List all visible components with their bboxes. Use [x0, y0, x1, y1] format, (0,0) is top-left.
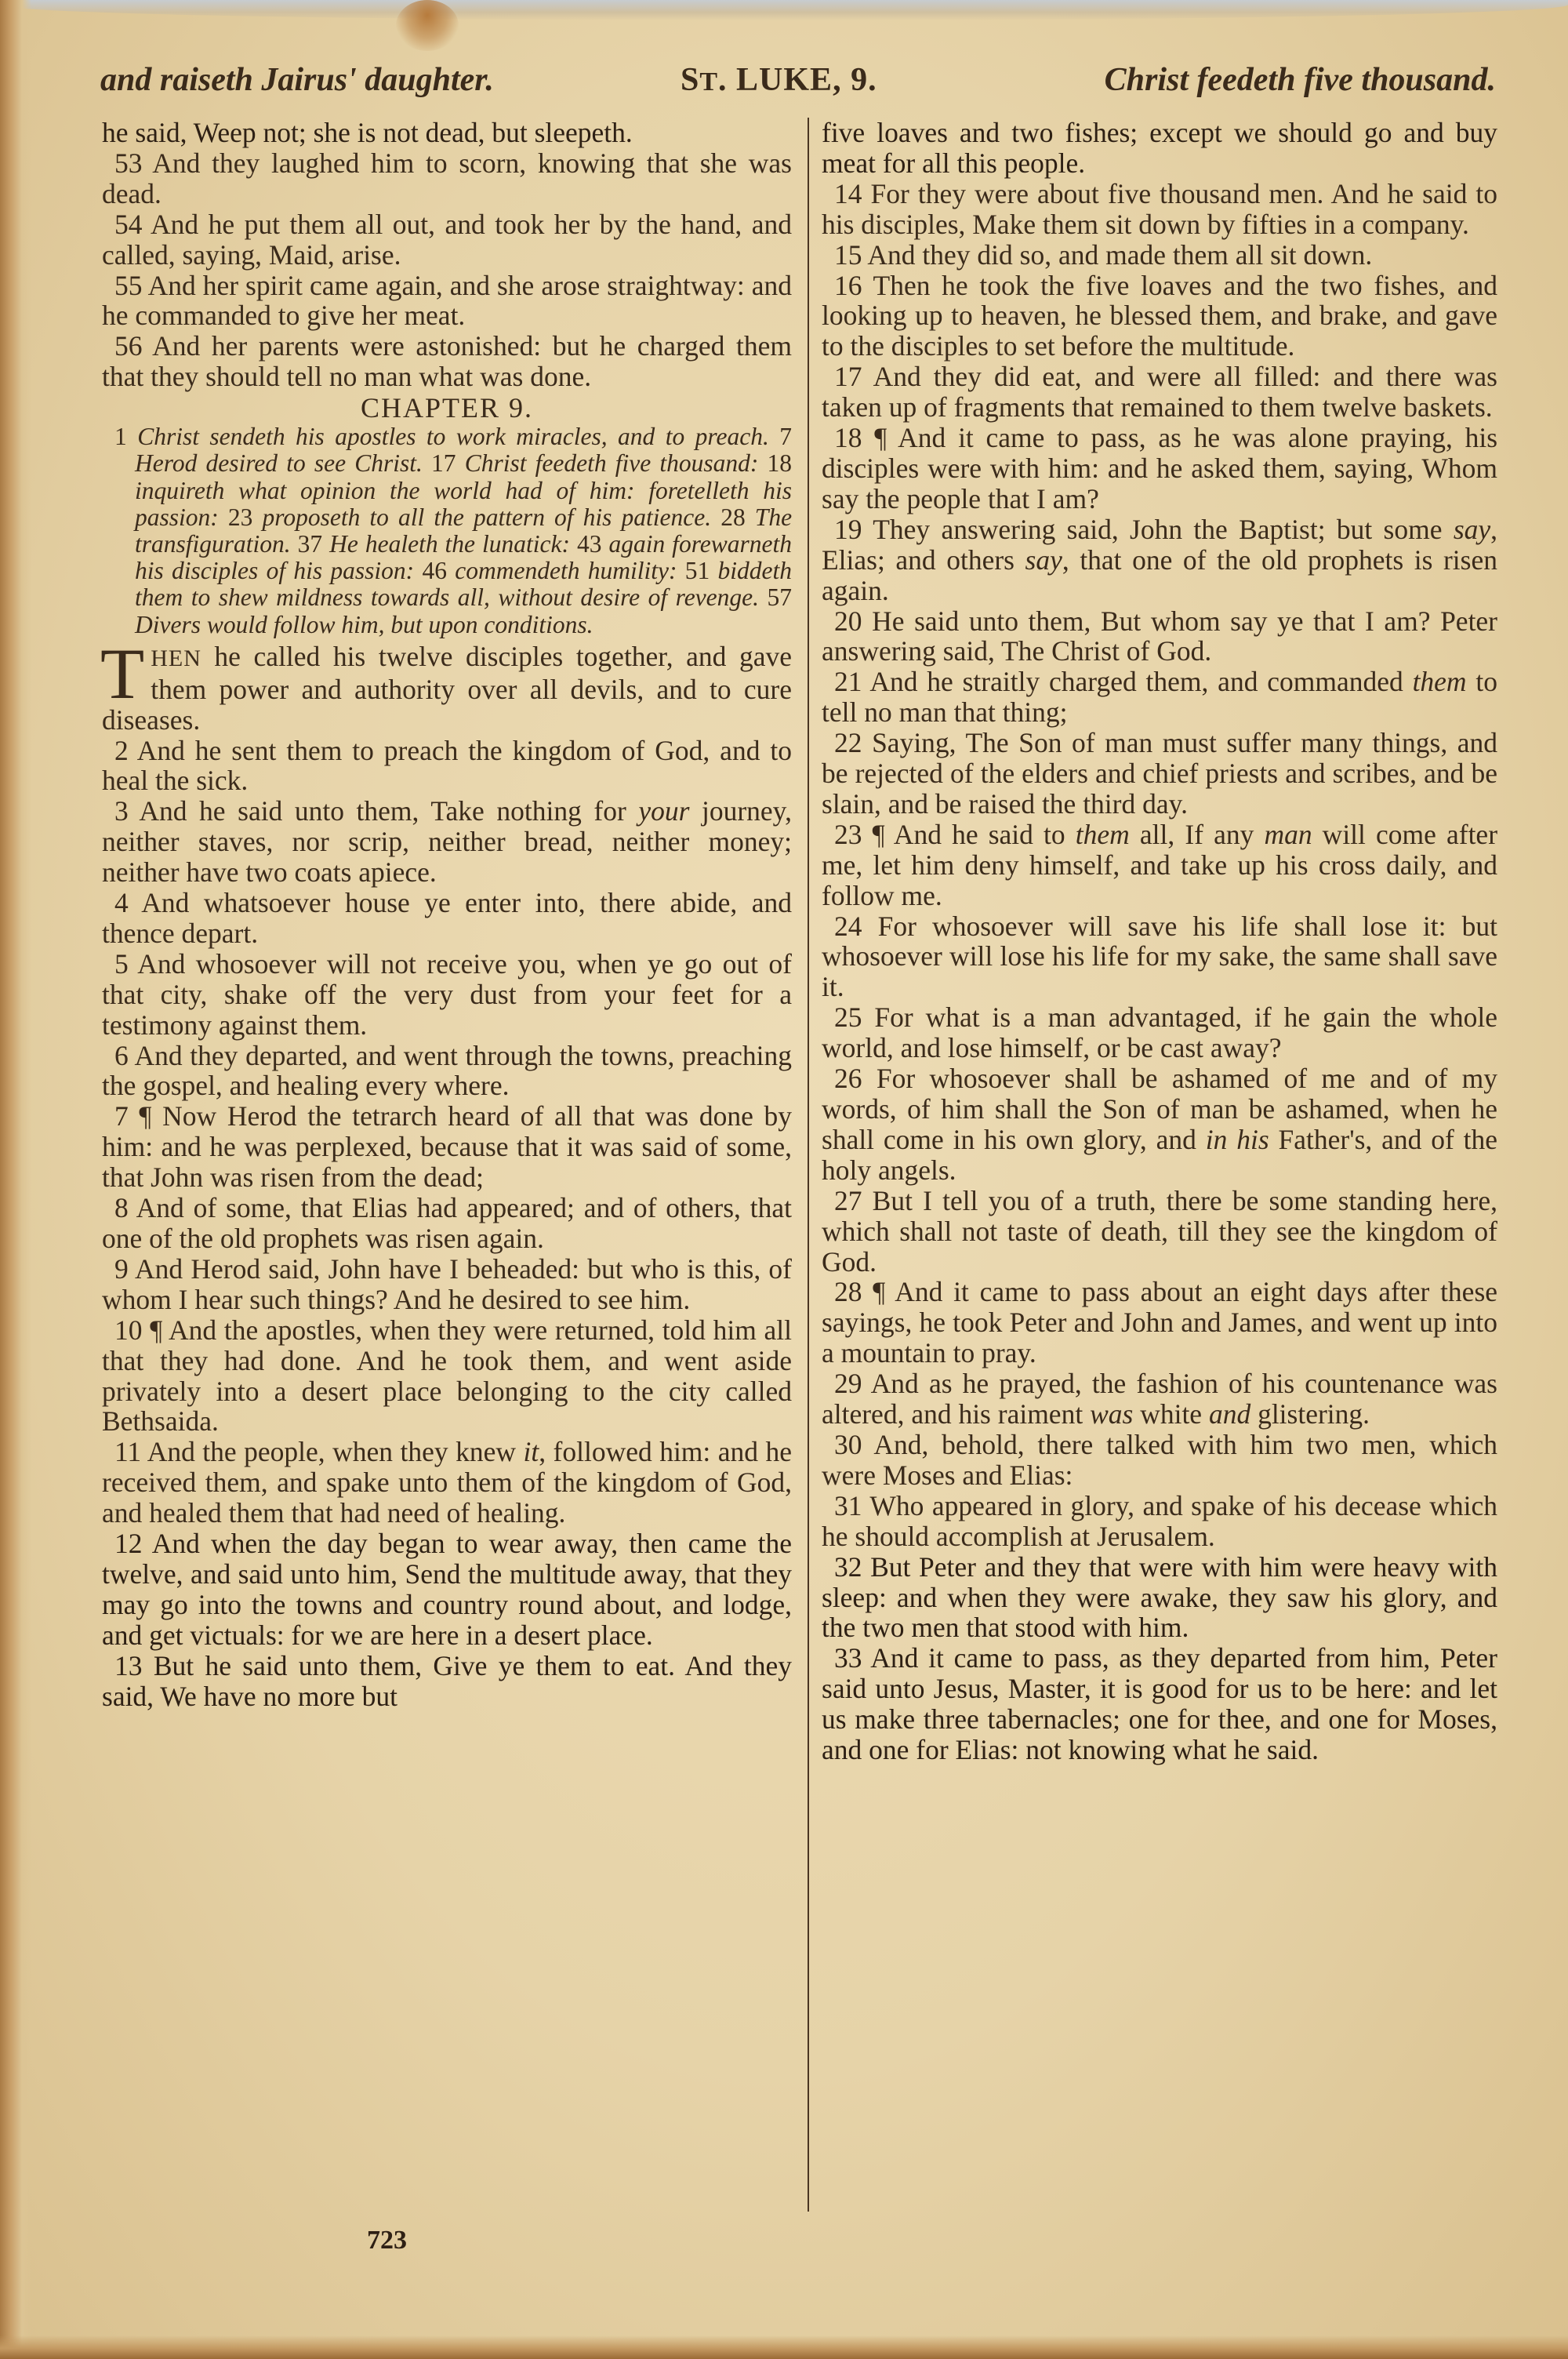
verse-number: 26: [834, 1063, 862, 1094]
pilcrow-icon: ¶: [873, 1276, 885, 1307]
verse-number: 9: [114, 1253, 129, 1285]
verse-number: 20: [834, 605, 862, 637]
running-head-center: ST. LUKE, 9.: [681, 61, 877, 99]
verse-number: 18: [834, 422, 862, 453]
running-head-right: Christ feedeth five thousand.: [1105, 61, 1496, 99]
verse-text: And Herod said, John have I beheaded: bu…: [102, 1253, 792, 1315]
left-column: he said, Weep not; she is not dead, but …: [102, 118, 792, 1712]
verse-number: 33: [834, 1642, 862, 1674]
verse-number: 7: [114, 1100, 129, 1132]
verse-24: 24 For whosoever will save his life shal…: [822, 911, 1497, 1003]
verse-19: 19 They answering said, John the Baptist…: [822, 514, 1497, 606]
page-number: 723: [367, 2226, 407, 2255]
verse-number: 32: [834, 1551, 862, 1583]
verse-12: 12 And when the day began to wear away, …: [102, 1528, 792, 1651]
verse-26: 26 For whosoever shall be ashamed of me …: [822, 1063, 1497, 1186]
pilcrow-icon: ¶: [139, 1100, 151, 1132]
running-head-left: and raiseth Jairus' daughter.: [100, 61, 494, 99]
verse-53: 53 And they laughed him to scorn, knowin…: [102, 148, 792, 209]
page-top-edge: [0, 0, 1568, 20]
verse-number: 22: [834, 727, 862, 758]
verse-text: Saying, The Son of man must suffer many …: [822, 727, 1497, 820]
verse-number: 56: [114, 330, 143, 362]
page-bottom-edge: [0, 2335, 1568, 2359]
verse-number: 14: [834, 178, 862, 209]
summary-ref: 23: [228, 503, 253, 531]
verse-8: 8 And of some, that Elias had appeared; …: [102, 1193, 792, 1254]
verse-text: But he said unto them, Give ye them to e…: [102, 1650, 792, 1712]
supplied-word: your: [638, 795, 689, 827]
verse-27: 27 But I tell you of a truth, there be s…: [822, 1186, 1497, 1278]
supplied-word: say: [1454, 514, 1490, 545]
verse-text: But Peter and they that were with him we…: [822, 1551, 1497, 1644]
summary-ref: 46: [422, 557, 447, 584]
verse-number: 23: [834, 819, 862, 850]
book-title-smallcaps: T: [699, 67, 718, 96]
verse-text: For what is a man advantaged, if he gain…: [822, 1001, 1497, 1063]
verse-text: And her parents were astonished: but he …: [102, 330, 792, 392]
verse-text: And they did eat, and were all filled: a…: [822, 361, 1497, 423]
verse-continuation: he said, Weep not; she is not dead, but …: [102, 118, 792, 148]
summary-ref: 7: [779, 423, 792, 450]
verse-text: Then he took the five loaves and the two…: [822, 270, 1497, 362]
summary-text: He healeth the lunatick:: [329, 530, 570, 558]
verse-text: all, If any: [1130, 819, 1265, 850]
verse-10: 10 ¶ And the apostles, when they were re…: [102, 1315, 792, 1438]
summary-text: Christ feedeth five thousand:: [465, 449, 759, 477]
verse-text: And the people, when they knew: [147, 1436, 524, 1467]
verse-54: 54 And he put them all out, and took her…: [102, 209, 792, 271]
verse-text: And the apostles, when they were returne…: [102, 1314, 792, 1438]
verse-25: 25 For what is a man advantaged, if he g…: [822, 1002, 1497, 1063]
verse-text: And whatsoever house ye enter into, ther…: [102, 887, 792, 949]
verse-number: 16: [834, 270, 862, 301]
verse-15: 15 And they did so, and made them all si…: [822, 240, 1497, 271]
verse-text: And it came to pass about an eight days …: [822, 1276, 1497, 1369]
verse-number: 4: [114, 887, 129, 918]
verse-text: But I tell you of a truth, there be some…: [822, 1185, 1497, 1278]
verse-text: They answering said, John the Baptist; b…: [873, 514, 1454, 545]
verse-text: For they were about five thousand men. A…: [822, 178, 1497, 240]
right-column: five loaves and two fishes; except we sh…: [822, 118, 1497, 1765]
verse-4: 4 And whatsoever house ye enter into, th…: [102, 888, 792, 949]
verse-32: 32 But Peter and they that were with him…: [822, 1552, 1497, 1644]
verse-55: 55 And her spirit came again, and she ar…: [102, 271, 792, 332]
verse-23: 23 ¶ And he said to them all, If any man…: [822, 820, 1497, 911]
summary-ref: 1: [114, 423, 127, 450]
summary-ref: 57: [768, 583, 793, 611]
verse-text: And whosoever will not receive you, when…: [102, 948, 792, 1041]
running-head: and raiseth Jairus' daughter. ST. LUKE, …: [100, 61, 1496, 108]
verse-20: 20 He said unto them, But whom say ye th…: [822, 606, 1497, 667]
verse-3: 3 And he said unto them, Take nothing fo…: [102, 796, 792, 888]
pilcrow-icon: ¶: [150, 1314, 162, 1346]
verse-text: And, behold, there talked with him two m…: [822, 1429, 1497, 1491]
verse-22: 22 Saying, The Son of man must suffer ma…: [822, 728, 1497, 820]
verse-number: 30: [834, 1429, 862, 1460]
summary-ref: 37: [298, 530, 323, 558]
verse-number: 21: [834, 666, 862, 697]
verse-text: For whosoever will save his life shall l…: [822, 911, 1497, 1003]
book-page: and raiseth Jairus' daughter. ST. LUKE, …: [0, 0, 1568, 2359]
supplied-word: them: [1076, 819, 1130, 850]
verse-text: And it came to pass, as they departed fr…: [822, 1642, 1497, 1765]
supplied-word: man: [1264, 819, 1312, 850]
verse-text: And he said unto them, Take nothing for: [139, 795, 638, 827]
verse-text: glistering.: [1250, 1398, 1370, 1430]
verse-5: 5 And whosoever will not receive you, wh…: [102, 949, 792, 1041]
verse-number: 31: [834, 1490, 862, 1521]
verse-number: 27: [834, 1185, 862, 1216]
verse-30: 30 And, behold, there talked with him tw…: [822, 1430, 1497, 1491]
verse-29: 29 And as he prayed, the fashion of his …: [822, 1369, 1497, 1430]
drop-cap: T: [100, 645, 144, 703]
verse-text: white: [1133, 1398, 1209, 1430]
verse-21: 21 And he straitly charged them, and com…: [822, 667, 1497, 728]
verse-2: 2 And he sent them to preach the kingdom…: [102, 736, 792, 797]
verse-text: And he straitly charged them, and comman…: [869, 666, 1412, 697]
verse-number: 55: [114, 270, 143, 301]
book-title-initial: S: [681, 62, 699, 98]
verse-number: 25: [834, 1001, 862, 1033]
summary-ref: 28: [720, 503, 746, 531]
page-gutter-edge: [0, 0, 31, 2359]
verse-31: 31 Who appeared in glory, and spake of h…: [822, 1491, 1497, 1552]
verse-16: 16 Then he took the five loaves and the …: [822, 271, 1497, 362]
verse-text: And they departed, and went through the …: [102, 1040, 792, 1102]
verse-14: 14 For they were about five thousand men…: [822, 179, 1497, 240]
summary-text: commendeth humility:: [455, 557, 677, 584]
summary-ref: 18: [768, 449, 793, 477]
verse-9: 9 And Herod said, John have I beheaded: …: [102, 1254, 792, 1315]
verse-text: And he sent them to preach the kingdom o…: [102, 735, 792, 797]
verse-text: And it came to pass, as he was alone pra…: [822, 422, 1497, 514]
verse-text: And of some, that Elias had appeared; an…: [102, 1192, 792, 1254]
verse-number: 53: [114, 147, 143, 179]
paper-stain: [396, 0, 459, 51]
verse-number: 15: [834, 239, 862, 271]
verse-13: 13 But he said unto them, Give ye them t…: [102, 1651, 792, 1712]
column-divider: [808, 118, 809, 2212]
pilcrow-icon: ¶: [873, 819, 885, 850]
supplied-word: it: [523, 1436, 539, 1467]
verse-number: 11: [114, 1436, 141, 1467]
summary-ref: 43: [577, 530, 602, 558]
verse-number: 54: [114, 209, 143, 240]
verse-text: And they laughed him to scorn, knowing t…: [102, 147, 792, 209]
supplied-word: was: [1090, 1398, 1133, 1430]
summary-ref: 51: [685, 557, 710, 584]
chapter-summary: 1 Christ sendeth his apostles to work mi…: [102, 423, 792, 638]
book-title-rest: . LUKE, 9.: [718, 62, 877, 98]
summary-text: Herod desired to see Christ.: [135, 449, 423, 477]
verse-text: And he said to: [894, 819, 1076, 850]
verse-33: 33 And it came to pass, as they departed…: [822, 1643, 1497, 1765]
verse-text: And they did so, and made them all sit d…: [867, 239, 1372, 271]
verse-7: 7 ¶ Now Herod the tetrarch heard of all …: [102, 1101, 792, 1193]
summary-text: proposeth to all the pattern of his pati…: [262, 503, 711, 531]
verse-number: 29: [834, 1368, 862, 1399]
verse-1: THEN he called his twelve disciples toge…: [102, 642, 792, 736]
verse-17: 17 And they did eat, and were all filled…: [822, 362, 1497, 423]
verse-18: 18 ¶ And it came to pass, as he was alon…: [822, 423, 1497, 514]
verse-text: Now Herod the tetrarch heard of all that…: [102, 1100, 792, 1193]
verse-text: And he put them all out, and took her by…: [102, 209, 792, 271]
verse-opening-caps: HEN: [151, 645, 201, 671]
verse-text: And when the day began to wear away, the…: [102, 1528, 792, 1651]
chapter-title: CHAPTER 9.: [102, 392, 792, 423]
verse-text: And her spirit came again, and she arose…: [102, 270, 792, 332]
verse-number: 28: [834, 1276, 862, 1307]
supplied-word: and: [1209, 1398, 1250, 1430]
summary-text: Christ sendeth his apostles to work mira…: [137, 423, 769, 450]
verse-continuation: five loaves and two fishes; except we sh…: [822, 118, 1497, 179]
supplied-word: say: [1025, 544, 1062, 576]
verse-number: 17: [834, 361, 862, 392]
verse-text: He said unto them, But whom say ye that …: [822, 605, 1497, 667]
verse-number: 19: [834, 514, 862, 545]
supplied-word: them: [1413, 666, 1467, 697]
verse-text: Who appeared in glory, and spake of his …: [822, 1490, 1497, 1552]
verse-number: 24: [834, 911, 862, 942]
verse-number: 2: [114, 735, 129, 766]
verse-number: 5: [114, 948, 129, 980]
pilcrow-icon: ¶: [874, 422, 887, 453]
summary-ref: 17: [431, 449, 456, 477]
verse-number: 13: [114, 1650, 143, 1681]
verse-6: 6 And they departed, and went through th…: [102, 1041, 792, 1102]
verse-number: 10: [114, 1314, 143, 1346]
verse-number: 6: [114, 1040, 129, 1071]
summary-text: Divers would follow him, but upon condit…: [135, 611, 593, 638]
verse-number: 12: [114, 1528, 143, 1559]
verse-number: 8: [114, 1192, 129, 1223]
verse-56: 56 And her parents were astonished: but …: [102, 331, 792, 392]
verse-number: 3: [114, 795, 129, 827]
verse-11: 11 And the people, when they knew it, fo…: [102, 1437, 792, 1528]
supplied-word: in his: [1206, 1124, 1269, 1155]
verse-text: he called his twelve disciples together,…: [102, 641, 792, 736]
verse-28: 28 ¶ And it came to pass about an eight …: [822, 1277, 1497, 1369]
